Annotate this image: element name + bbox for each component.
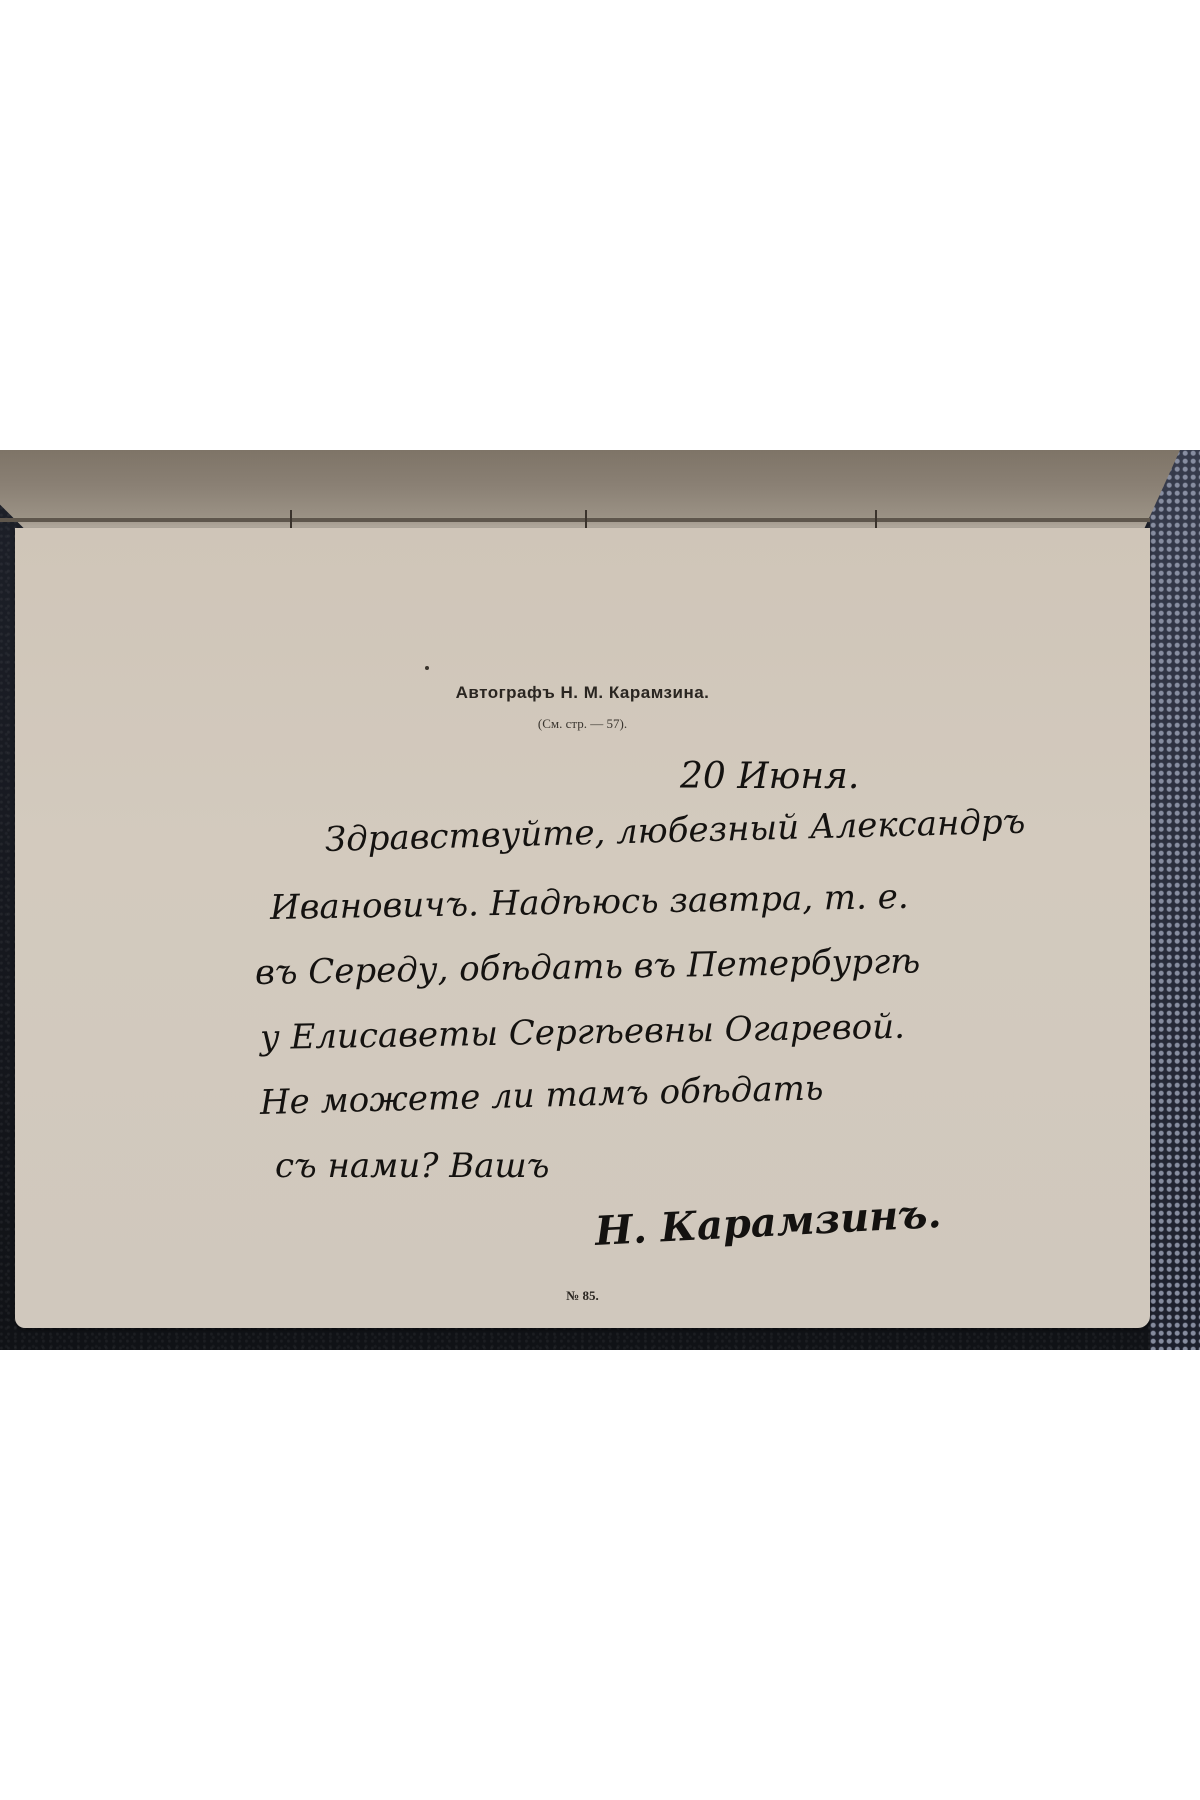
leather-background — [1150, 450, 1200, 1350]
letter-line: Не можете ли тамъ обѣдать — [259, 1068, 823, 1123]
letter-line: съ нами? Вашъ — [275, 1146, 549, 1186]
letter-date: 20 Июня. — [680, 756, 859, 797]
ink-speck — [425, 666, 429, 670]
page-reference: (См. стр. — 57). — [15, 716, 1150, 732]
page-title: Автографъ Н. М. Карамзина. — [15, 683, 1150, 703]
printed-page: Автографъ Н. М. Карамзина. (См. стр. — 5… — [15, 528, 1150, 1328]
fold-crease — [0, 518, 1150, 522]
signature: Н. Карамзинъ. — [594, 1190, 943, 1255]
document-photo: Автографъ Н. М. Карамзина. (См. стр. — 5… — [0, 450, 1200, 1350]
letter-line: Здравствуйте, любезный Александръ — [324, 802, 1025, 860]
letter-line: у Елисаветы Сергѣевны Огаревой. — [260, 1007, 906, 1058]
letter-line: Ивановичъ. Надѣюсь завтра, т. е. — [270, 877, 909, 928]
letter-line: въ Середу, обѣдать въ Петербургѣ — [255, 941, 921, 993]
page-number: № 85. — [15, 1288, 1150, 1304]
folded-cover-flap — [0, 450, 1180, 528]
